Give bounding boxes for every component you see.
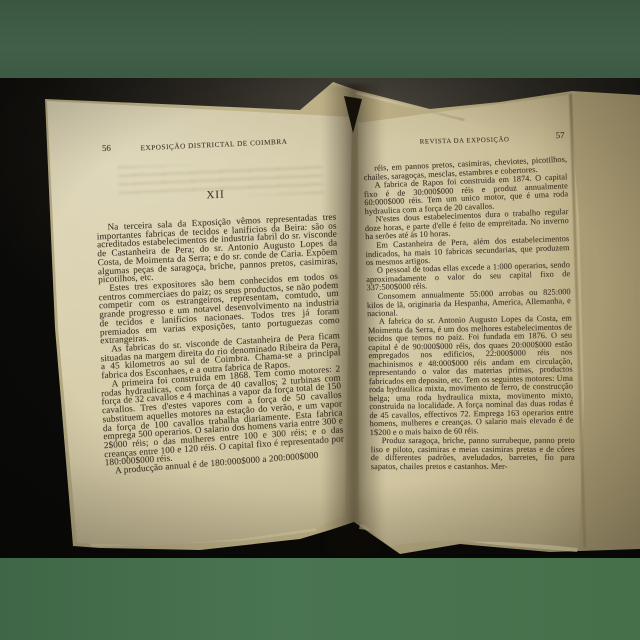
left-page-text: 56 EXPOSIÇÃO DISTRICTAL DE COIMBRA XII N… [94,136,344,476]
right-page-paragraph: Produz saragoça, briche, panno surrubequ… [371,437,575,471]
section-heading: XII [95,185,335,207]
background-top-band [0,0,640,78]
background-bottom-band [0,558,640,640]
book-product-photo: 56 EXPOSIÇÃO DISTRICTAL DE COIMBRA XII N… [0,0,640,640]
right-running-head: REVISTA DA EXPOSIÇÃO [420,136,510,145]
right-page-text: REVISTA DA EXPOSIÇÃO 57 réis, em pannos … [363,135,576,471]
photo-area: 56 EXPOSIÇÃO DISTRICTAL DE COIMBRA XII N… [0,78,640,558]
left-page-number: 56 [102,144,111,153]
right-page-number: 57 [556,131,565,140]
right-page-paragraph: A fabrica do sr. Antonio Augusto Lopes d… [368,315,574,438]
